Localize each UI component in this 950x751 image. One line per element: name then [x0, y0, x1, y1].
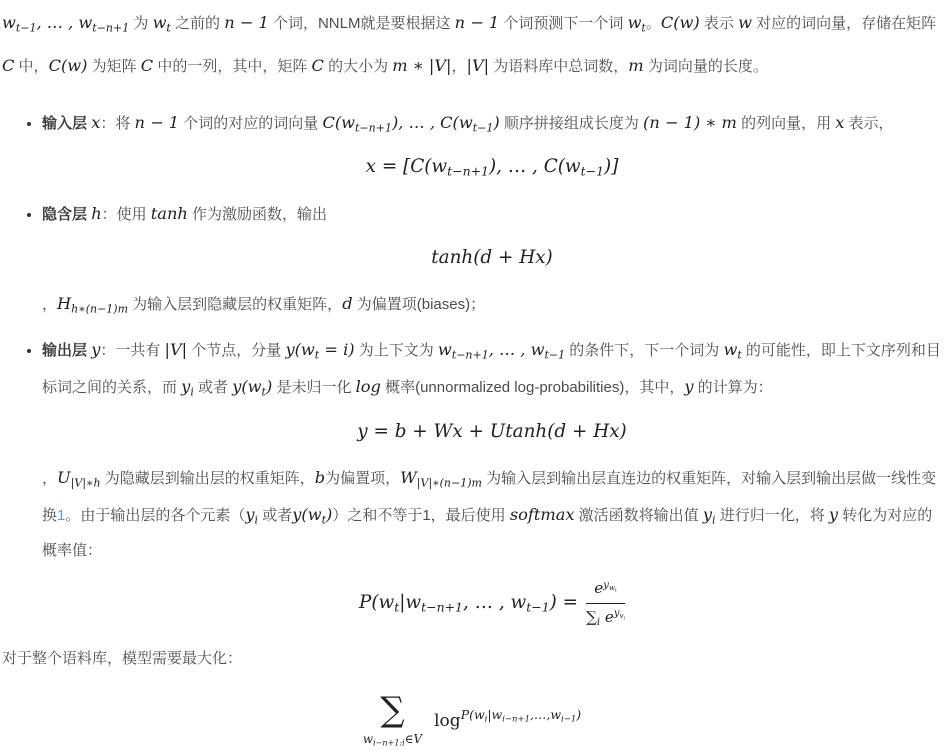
- output-score-formula: y = b + Wx + Utanh(d + Hx): [42, 416, 942, 447]
- hidden-activation-formula: tanh(d + Hx): [42, 242, 942, 273]
- list-item-output-layer: 输出层 y：一共有 |V| 个节点，分量 y(wt = i) 为上下文为 wt−…: [42, 331, 942, 629]
- input-concat-formula: x = [C(wt−n+1), … , C(wt−1)]: [42, 151, 942, 182]
- sum-limits: wi−n+1:i∈V: [363, 729, 422, 750]
- hidden-layer-note: ，Hh∗(n−1)m 为输入层到隐藏层的权重矩阵，d 为偏置项(biases)；: [42, 285, 942, 323]
- objective-body: logP(wi|wi−n+1,…,wi−1): [434, 711, 581, 731]
- list-item-hidden-layer: 隐含层 h：使用 tanh 作为激励函数，输出 tanh(d + Hx) ，Hh…: [42, 195, 942, 323]
- article-page: wt−1, … , wt−n+1 为 wt 之前的 n − 1 个词，NNLM就…: [0, 0, 950, 751]
- output-note-after-link: 。由于输出层的各个元素（yi 或者y(wt)）之和不等于1，最后使用 softm…: [42, 507, 932, 559]
- softmax-fraction: eywt∑i eyvi: [586, 578, 625, 628]
- objective-formula: ∑wi−n+1:i∈VlogP(wi|wi−n+1,…,wi−1): [2, 693, 942, 749]
- sigma-symbol: ∑: [380, 693, 404, 729]
- output-layer-note: ，U|V|∗h 为隐藏层到输出层的权重矩阵，b为偏置项，W|V|∗(n−1)m …: [42, 459, 942, 569]
- list-item-input-layer: 输入层 x：将 n − 1 个词的对应的词向量 C(wt−n+1), … , C…: [42, 104, 942, 183]
- softmax-fraction-numerator: eywt: [586, 578, 625, 604]
- model-layers-list: 输入层 x：将 n − 1 个词的对应的词向量 C(wt−n+1), … , C…: [2, 104, 942, 629]
- softmax-formula-lhs: P(wt|wt−n+1, … , wt−1) =: [359, 593, 578, 613]
- input-layer-label: 输入层: [42, 115, 87, 132]
- closing-paragraph: 对于整个语料库，模型需要最大化：: [2, 642, 942, 677]
- output-layer-label: 输出层: [42, 342, 87, 359]
- output-layer-text: y：一共有 |V| 个节点，分量 y(wt = i) 为上下文为 wt−n+1,…: [42, 342, 941, 397]
- hidden-layer-text: h：使用 tanh 作为激励函数，输出: [87, 206, 327, 223]
- softmax-probability-formula: P(wt|wt−n+1, … , wt−1) =eywt∑i eyvi: [42, 578, 942, 628]
- sum-operator: ∑wi−n+1:i∈V: [363, 693, 422, 749]
- softmax-fraction-denominator: ∑i eyvi: [586, 604, 625, 629]
- hidden-layer-label: 隐含层: [42, 206, 87, 223]
- intro-paragraph: wt−1, … , wt−n+1 为 wt 之前的 n − 1 个词，NNLM就…: [2, 2, 942, 88]
- input-layer-text: x：将 n − 1 个词的对应的词向量 C(wt−n+1), … , C(wt−…: [87, 115, 894, 132]
